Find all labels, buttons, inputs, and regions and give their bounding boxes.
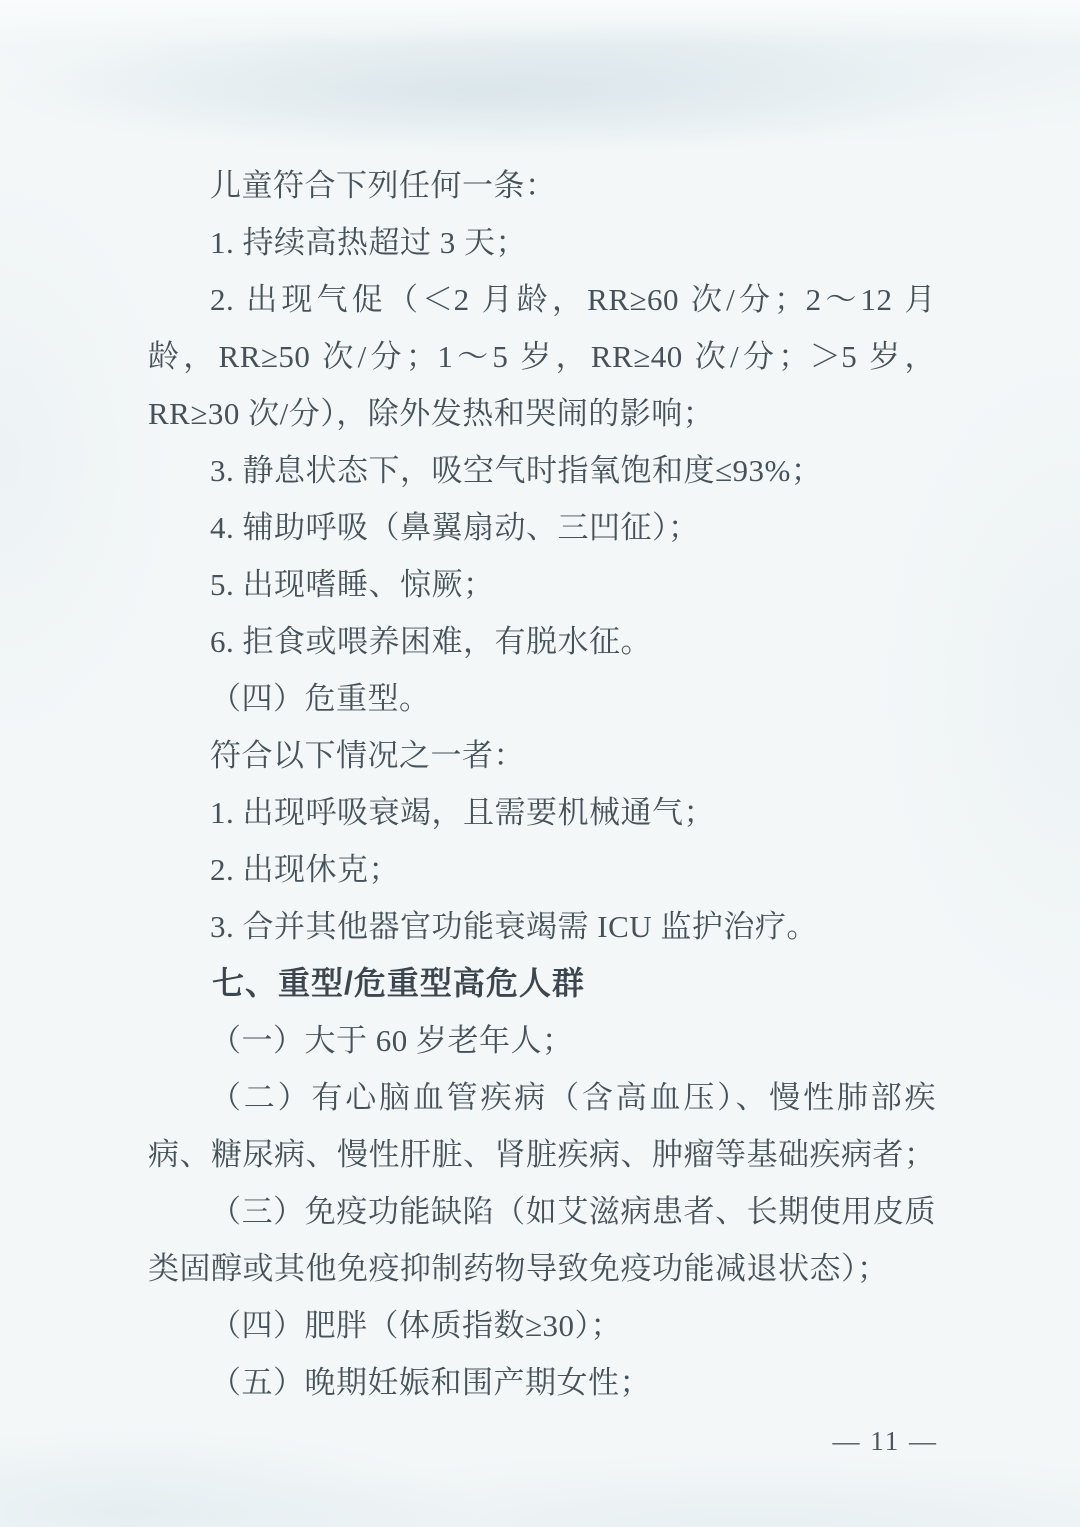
doc-paragraph-child-item-5: 5. 出现嗜睡、惊厥； xyxy=(148,556,936,613)
doc-paragraph-risk-item-5: （五）晚期妊娠和围产期女性； xyxy=(148,1354,936,1411)
doc-paragraph-risk-item-3: （三）免疫功能缺陷（如艾滋病患者、长期使用皮质类固醇或其他免疫抑制药物导致免疫功… xyxy=(148,1183,936,1297)
doc-paragraph-critical-item-2: 2. 出现休克； xyxy=(148,841,936,898)
doc-paragraph-critical-item-1: 1. 出现呼吸衰竭，且需要机械通气； xyxy=(148,784,936,841)
doc-paragraph-intro-children: 儿童符合下列任何一条： xyxy=(148,157,936,214)
scanned-document-page: { "colors": { "paper": "#f3f7f8", "ink":… xyxy=(0,0,1080,1527)
doc-paragraph-risk-item-1: （一）大于 60 岁老年人； xyxy=(148,1012,936,1069)
doc-paragraph-risk-item-4: （四）肥胖（体质指数≥30）； xyxy=(148,1297,936,1354)
doc-paragraph-child-item-2: 2. 出现气促（＜2 月龄，RR≥60 次/分；2～12 月龄，RR≥50 次/… xyxy=(148,271,936,442)
section-heading-high-risk-groups: 七、重型/危重型高危人群 xyxy=(148,955,936,1012)
doc-paragraph-critical-item-3: 3. 合并其他器官功能衰竭需 ICU 监护治疗。 xyxy=(148,898,936,955)
doc-paragraph-risk-item-2: （二）有心脑血管疾病（含高血压）、慢性肺部疾病、糖尿病、慢性肝脏、肾脏疾病、肿瘤… xyxy=(148,1069,936,1183)
document-body: 儿童符合下列任何一条： 1. 持续高热超过 3 天； 2. 出现气促（＜2 月龄… xyxy=(148,157,936,1411)
doc-paragraph-child-item-4: 4. 辅助呼吸（鼻翼扇动、三凹征）； xyxy=(148,499,936,556)
doc-paragraph-critical-intro: 符合以下情况之一者： xyxy=(148,727,936,784)
doc-paragraph-child-item-1: 1. 持续高热超过 3 天； xyxy=(148,214,936,271)
page-number: — 11 — xyxy=(833,1426,939,1456)
doc-paragraph-child-item-6: 6. 拒食或喂养困难，有脱水征。 xyxy=(148,613,936,670)
doc-paragraph-critical-type-label: （四）危重型。 xyxy=(148,670,936,727)
doc-paragraph-child-item-3: 3. 静息状态下，吸空气时指氧饱和度≤93%； xyxy=(148,442,936,499)
